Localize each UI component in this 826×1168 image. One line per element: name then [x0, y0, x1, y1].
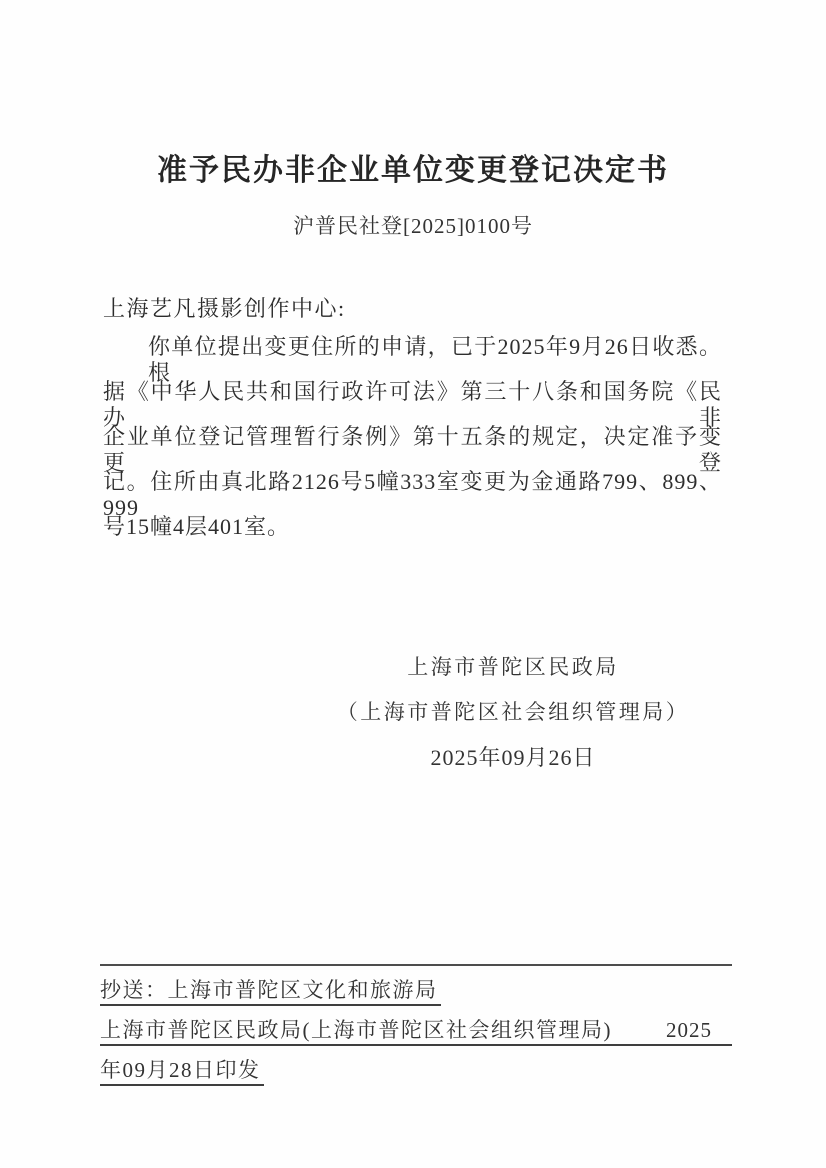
issuing-org-alt-name: （上海市普陀区社会组织管理局） [200, 690, 826, 735]
issuer-line: 上海市普陀区民政局(上海市普陀区社会组织管理局) 2025 [100, 1006, 732, 1046]
document-number: 沪普民社登[2025]0100号 [0, 210, 826, 240]
scanned-official-document: 准予民办非企业单位变更登记决定书 沪普民社登[2025]0100号 上海艺凡摄影… [0, 0, 826, 1168]
issue-date-line: 年09月28日印发 [100, 1046, 264, 1086]
issuing-org-name: 上海市普陀区民政局 [200, 645, 826, 690]
cc-line: 抄送：上海市普陀区文化和旅游局 [100, 966, 441, 1006]
document-title: 准予民办非企业单位变更登记决定书 [0, 145, 826, 189]
decision-date: 2025年09月26日 [200, 735, 826, 780]
signature-block: 上海市普陀区民政局 （上海市普陀区社会组织管理局） 2025年09月26日 [200, 645, 826, 780]
imprint-block: 抄送：上海市普陀区文化和旅游局 上海市普陀区民政局(上海市普陀区社会组织管理局)… [100, 964, 732, 1086]
issuer-name: 上海市普陀区民政局(上海市普陀区社会组织管理局) [100, 1018, 612, 1042]
addressee-line: 上海艺凡摄影创作中心: [103, 292, 346, 323]
issue-year: 2025 [666, 1018, 712, 1042]
body-line: 号15幢4层401室。 [103, 514, 722, 540]
